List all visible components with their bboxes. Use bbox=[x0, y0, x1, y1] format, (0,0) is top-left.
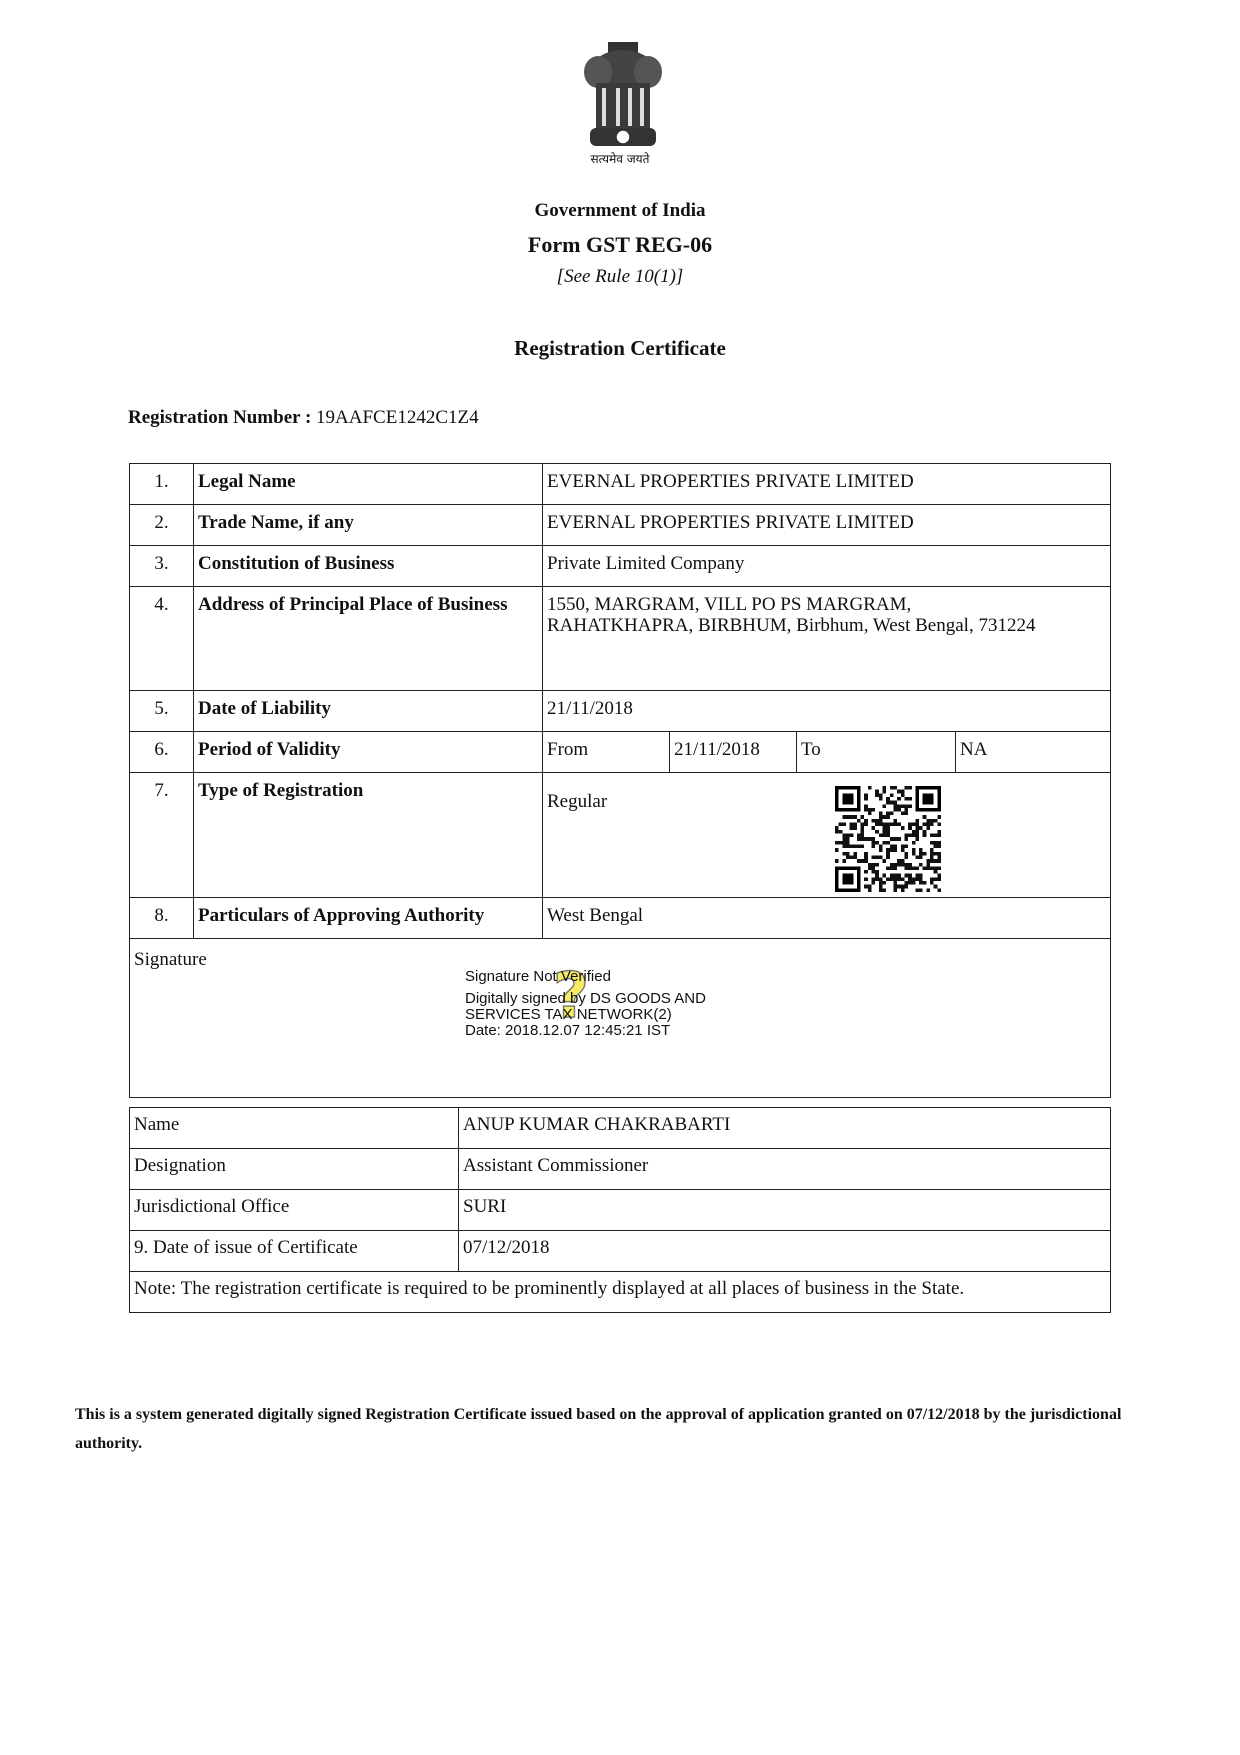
table-row: 1. Legal Name EVERNAL PROPERTIES PRIVATE… bbox=[130, 464, 1111, 505]
constitution-value: Private Limited Company bbox=[543, 546, 1111, 587]
table-row: 5. Date of Liability 21/11/2018 bbox=[130, 691, 1111, 732]
liability-date-value: 21/11/2018 bbox=[543, 691, 1111, 732]
signature-date: Date: 2018.12.07 12:45:21 IST bbox=[465, 1023, 706, 1039]
signature-box: Signature ? Signature Not Verified Digit… bbox=[130, 939, 1110, 1097]
row-number: 1. bbox=[130, 464, 194, 505]
table-row: Note: The registration certificate is re… bbox=[130, 1272, 1111, 1313]
signed-by-org-line: SERVICES TAX NETWORK(2) bbox=[465, 1007, 706, 1023]
validity-to-label: To bbox=[797, 732, 956, 773]
address-label: Address of Principal Place of Business bbox=[194, 587, 543, 691]
row-number: 5. bbox=[130, 691, 194, 732]
legal-name-label: Legal Name bbox=[194, 464, 543, 505]
table-row: 7. Type of Registration Regular bbox=[130, 773, 1111, 898]
officer-name-value: ANUP KUMAR CHAKRABARTI bbox=[459, 1108, 1111, 1149]
registration-number-label: Registration Number : bbox=[128, 407, 311, 428]
rule-reference: [See Rule 10(1)] bbox=[0, 266, 1240, 288]
row-number: 8. bbox=[130, 898, 194, 939]
certificate-title: Registration Certificate bbox=[0, 336, 1240, 361]
details-table: 1. Legal Name EVERNAL PROPERTIES PRIVATE… bbox=[129, 463, 1111, 1098]
row-number: 2. bbox=[130, 505, 194, 546]
table-row: 8. Particulars of Approving Authority We… bbox=[130, 898, 1111, 939]
validity-to-value: NA bbox=[956, 732, 1111, 773]
qr-code-icon bbox=[835, 786, 941, 892]
government-heading: Government of India bbox=[0, 200, 1240, 222]
approving-authority-label: Particulars of Approving Authority bbox=[194, 898, 543, 939]
registration-number-value: 19AAFCE1242C1Z4 bbox=[316, 407, 479, 428]
emblem-motto: सत्यमेव जयते bbox=[560, 150, 680, 167]
signature-status: Signature Not Verified bbox=[465, 969, 706, 985]
address-line-1: 1550, MARGRAM, VILL PO PS MARGRAM, bbox=[547, 594, 1106, 615]
address-value: 1550, MARGRAM, VILL PO PS MARGRAM, RAHAT… bbox=[543, 587, 1111, 691]
table-row: 3. Constitution of Business Private Limi… bbox=[130, 546, 1111, 587]
table-row: 2. Trade Name, if any EVERNAL PROPERTIES… bbox=[130, 505, 1111, 546]
trade-name-label: Trade Name, if any bbox=[194, 505, 543, 546]
validity-from-label: From bbox=[543, 732, 670, 773]
officer-name-label: Name bbox=[130, 1108, 459, 1149]
signed-by-line: Digitally signed by DS GOODS AND bbox=[465, 991, 706, 1007]
jurisdictional-office-label: Jurisdictional Office bbox=[130, 1190, 459, 1231]
validity-from-value: 21/11/2018 bbox=[670, 732, 797, 773]
row-number: 4. bbox=[130, 587, 194, 691]
form-title: Form GST REG-06 bbox=[0, 232, 1240, 258]
national-emblem-icon bbox=[578, 38, 668, 158]
row-number: 6. bbox=[130, 732, 194, 773]
address-line-2: RAHATKHAPRA, BIRBHUM, Birbhum, West Beng… bbox=[547, 615, 1106, 636]
row-number: 7. bbox=[130, 773, 194, 898]
designation-label: Designation bbox=[130, 1149, 459, 1190]
liability-date-label: Date of Liability bbox=[194, 691, 543, 732]
signature-row: Signature ? Signature Not Verified Digit… bbox=[130, 939, 1111, 1098]
row-number: 3. bbox=[130, 546, 194, 587]
issue-date-label: 9. Date of issue of Certificate bbox=[130, 1231, 459, 1272]
footer-statement: This is a system generated digitally sig… bbox=[75, 1400, 1175, 1458]
constitution-label: Constitution of Business bbox=[194, 546, 543, 587]
trade-name-value: EVERNAL PROPERTIES PRIVATE LIMITED bbox=[543, 505, 1111, 546]
registration-number: Registration Number : 19AAFCE1242C1Z4 bbox=[128, 407, 479, 429]
officer-table: Name ANUP KUMAR CHAKRABARTI Designation … bbox=[129, 1107, 1111, 1313]
registration-type-label: Type of Registration bbox=[194, 773, 543, 898]
jurisdictional-office-value: SURI bbox=[459, 1190, 1111, 1231]
table-row: Name ANUP KUMAR CHAKRABARTI bbox=[130, 1108, 1111, 1149]
issue-date-value: 07/12/2018 bbox=[459, 1231, 1111, 1272]
table-row: 6. Period of Validity From 21/11/2018 To… bbox=[130, 732, 1111, 773]
signature-label: Signature bbox=[134, 949, 207, 971]
display-note: Note: The registration certificate is re… bbox=[130, 1272, 1111, 1313]
legal-name-value: EVERNAL PROPERTIES PRIVATE LIMITED bbox=[543, 464, 1111, 505]
table-row: Jurisdictional Office SURI bbox=[130, 1190, 1111, 1231]
registration-type-value: Regular bbox=[543, 773, 1111, 898]
validity-label: Period of Validity bbox=[194, 732, 543, 773]
table-row: 9. Date of issue of Certificate 07/12/20… bbox=[130, 1231, 1111, 1272]
table-row: Designation Assistant Commissioner bbox=[130, 1149, 1111, 1190]
approving-authority-value: West Bengal bbox=[543, 898, 1111, 939]
digital-signature-block[interactable]: Signature Not Verified Digitally signed … bbox=[465, 969, 706, 1039]
table-row: 4. Address of Principal Place of Busines… bbox=[130, 587, 1111, 691]
designation-value: Assistant Commissioner bbox=[459, 1149, 1111, 1190]
